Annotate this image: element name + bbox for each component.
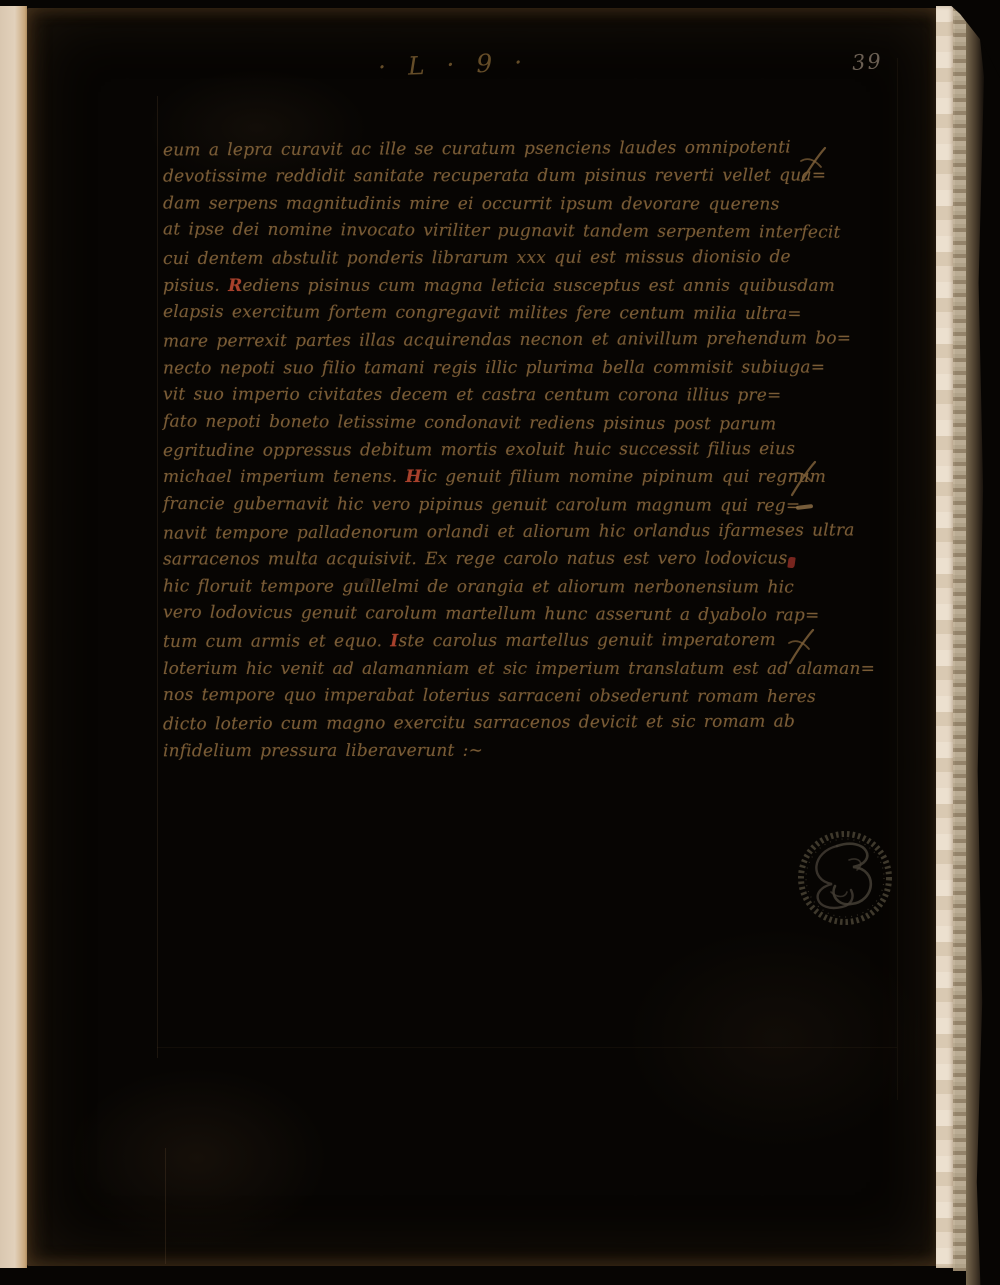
text-segment: vero lodovicus genuit carolum martellum …	[163, 602, 820, 625]
text-segment: sarracenos multa acquisivit. Ex rege car…	[163, 549, 787, 570]
stamp-monogram-icon	[816, 844, 870, 908]
text-line: pisius. Rediens pisinus cum magna letici…	[163, 278, 835, 295]
text-line: mare perrexit partes illas acquirendas n…	[163, 331, 851, 351]
text-line: dicto loterio cum magno exercitu sarrace…	[163, 714, 795, 734]
text-line: nos tempore quo imperabat loterius sarra…	[163, 687, 816, 706]
text-segment: michael imperium tenens.	[163, 467, 405, 487]
text-segment: cui dentem abstulit ponderis librarum xx…	[163, 247, 791, 269]
text-segment: tum cum armis et equo.	[163, 632, 390, 653]
text-line: cui dentem abstulit ponderis librarum xx…	[163, 249, 791, 268]
text-line: tum cum armis et equo. Iste carolus mart…	[163, 632, 776, 651]
text-segment: pisius.	[163, 276, 228, 296]
text-segment: navit tempore palladenorum orlandi et al…	[163, 520, 855, 543]
text-segment: eum a lepra curavit ac ille se curatum p…	[163, 138, 791, 161]
text-segment: ediens pisinus cum magna leticia suscept…	[242, 276, 835, 296]
margin-check-mark-icon	[788, 460, 818, 498]
text-segment: necto nepoti suo filio tamani regis illi…	[163, 357, 825, 378]
text-line: elapsis exercitum fortem congregavit mil…	[163, 304, 802, 323]
text-line: necto nepoti suo filio tamani regis illi…	[163, 359, 825, 377]
text-line: devotissime reddidit sanitate recuperata…	[163, 168, 826, 186]
text-line: eum a lepra curavit ac ille se curatum p…	[163, 140, 791, 160]
rubric-initial: R	[228, 276, 242, 296]
text-segment: mare perrexit partes illas acquirendas n…	[163, 329, 851, 352]
text-segment: fato nepoti boneto letissime condonavit …	[163, 411, 776, 434]
text-segment: devotissime reddidit sanitate recuperata…	[163, 166, 826, 187]
text-block: eum a lepra curavit ac ille se curatum p…	[0, 0, 1000, 1285]
margin-check-mark-icon	[798, 146, 828, 184]
text-segment: egritudine oppressus debitum mortis exol…	[163, 439, 795, 461]
text-segment: ste carolus martellus genuit imperatorem	[398, 630, 775, 651]
text-segment: hic floruit tempore guillelmi de orangia…	[163, 576, 794, 597]
text-segment: elapsis exercitum fortem congregavit mil…	[163, 302, 802, 324]
text-line: dam serpens magnitudinis mire ei occurri…	[163, 195, 780, 213]
text-line: loterium hic venit ad alamanniam et sic …	[163, 661, 875, 678]
text-line: francie gubernavit hic vero pipinus genu…	[163, 496, 800, 515]
text-segment: dicto loterio cum magno exercitu sarrace…	[163, 712, 795, 735]
text-segment: loterium hic venit ad alamanniam et sic …	[163, 659, 875, 679]
margin-check-mark-icon	[786, 628, 816, 666]
text-line: infidelium pressura liberaverunt :~	[163, 742, 483, 760]
text-segment: vit suo imperio civitates decem et castr…	[163, 385, 782, 406]
text-line: at ipse dei nomine invocato viriliter pu…	[163, 221, 841, 241]
text-segment: nos tempore quo imperabat loterius sarra…	[163, 685, 816, 707]
text-segment: francie gubernavit hic vero pipinus genu…	[163, 494, 800, 516]
page-edge-stack-mid	[953, 3, 968, 1271]
text-line: navit tempore palladenorum orlandi et al…	[163, 522, 855, 542]
text-line: fato nepoti boneto letissime condonavit …	[163, 413, 776, 433]
text-segment: ic genuit filium nomine pipinum qui regn…	[422, 467, 826, 487]
text-line: vit suo imperio civitates decem et castr…	[163, 387, 782, 405]
library-stamp	[795, 828, 895, 928]
text-line: egritudine oppressus debitum mortis exol…	[163, 441, 795, 460]
stamp-wreath-icon	[795, 828, 895, 928]
text-line: sarracenos multa acquisivit. Ex rege car…	[163, 551, 787, 569]
text-line: hic floruit tempore guillelmi de orangia…	[163, 578, 794, 596]
text-segment: infidelium pressura liberaverunt :~	[163, 740, 483, 761]
text-segment: at ipse dei nomine invocato viriliter pu…	[163, 219, 841, 242]
text-line: vero lodovicus genuit carolum martellum …	[163, 604, 820, 624]
manuscript-photo: · L · 9 · 39 eum a lepra curavit ac ille…	[0, 0, 1000, 1285]
rubric-initial: H	[405, 467, 421, 487]
text-segment: dam serpens magnitudinis mire ei occurri…	[163, 193, 780, 214]
text-line: michael imperium tenens. Hic genuit fili…	[163, 469, 826, 486]
